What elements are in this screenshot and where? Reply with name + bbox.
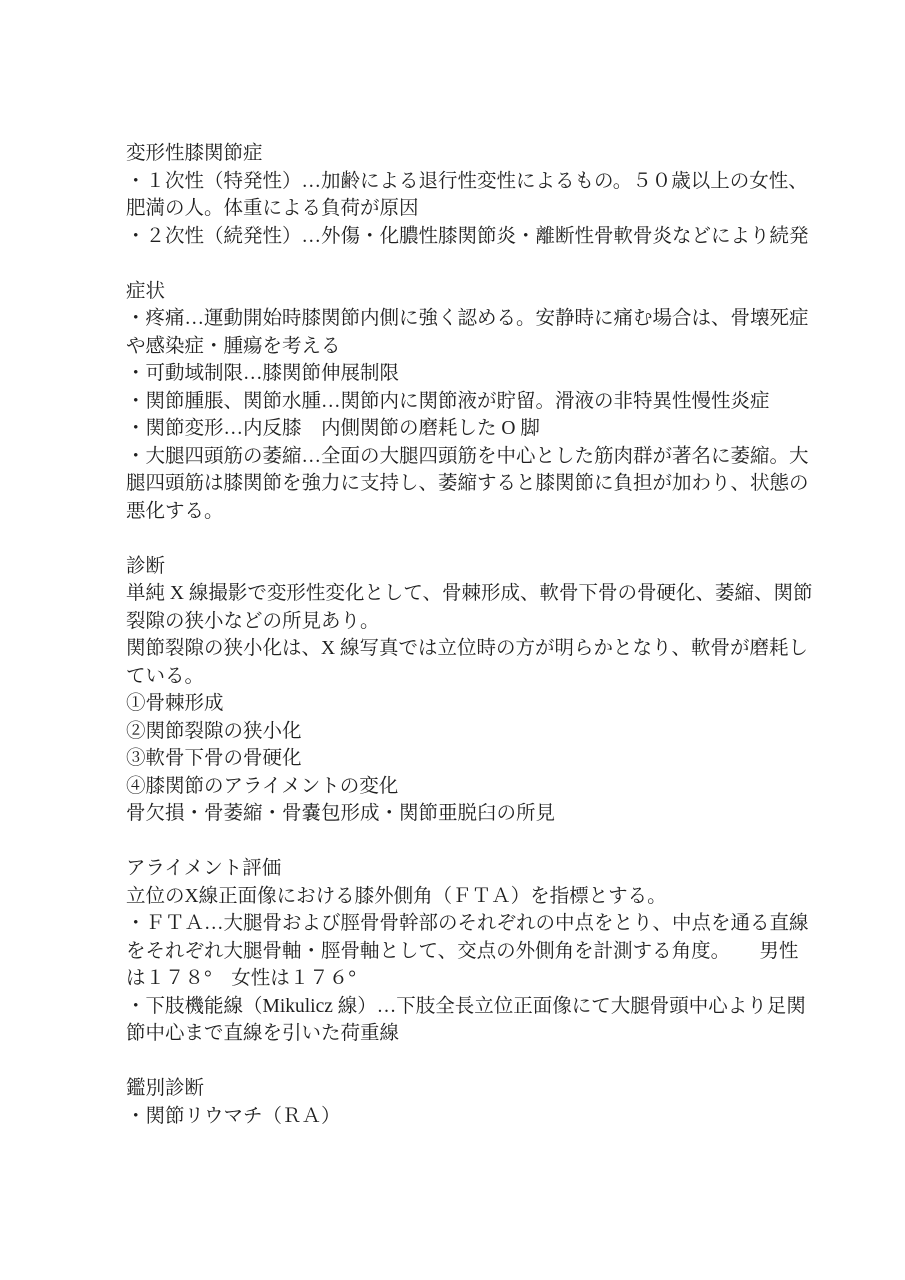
text-line: ・２次性（続発性）…外傷・化膿性膝関節炎・離断性骨軟骨炎などにより続発 xyxy=(126,223,826,251)
list-item-3: ③軟骨下骨の骨硬化 xyxy=(126,745,826,773)
section-heading: アライメント評価 xyxy=(126,855,826,883)
text-line: 裂隙の狭小などの所見あり。 xyxy=(126,608,826,636)
list-item-1: ①骨棘形成 xyxy=(126,690,826,718)
text-line: ・関節腫脹、関節水腫…関節内に関節液が貯留。滑液の非特異性慢性炎症 xyxy=(126,388,826,416)
section-heading: 鑑別診断 xyxy=(126,1075,826,1103)
text-line: 骨欠損・骨萎縮・骨嚢包形成・関節亜脱臼の所見 xyxy=(126,800,826,828)
text-line: ・疼痛…運動開始時膝関節内側に強く認める。安静時に痛む場合は、骨壊死症 xyxy=(126,305,826,333)
list-item-2: ②関節裂隙の狭小化 xyxy=(126,718,826,746)
section-heading: 診断 xyxy=(126,553,826,581)
text-line: ・１次性（特発性）…加齢による退行性変性によるもの。５０歳以上の女性、 xyxy=(126,168,826,196)
section-overview: 変形性膝関節症 ・１次性（特発性）…加齢による退行性変性によるもの。５０歳以上の… xyxy=(126,140,826,250)
text-line: 腿四頭筋は膝関節を強力に支持し、萎縮すると膝関節に負担が加わり、状態の xyxy=(126,470,826,498)
text-line: をそれぞれ大腿骨軸・脛骨軸として、交点の外側角を計測する角度。 男性 xyxy=(126,938,826,966)
section-symptoms: 症状 ・疼痛…運動開始時膝関節内側に強く認める。安静時に痛む場合は、骨壊死症 や… xyxy=(126,278,826,526)
section-differential-diagnosis: 鑑別診断 ・関節リウマチ（ＲＡ） xyxy=(126,1075,826,1130)
text-line: ・大腿四頭筋の萎縮…全面の大腿四頭筋を中心とした筋肉群が著名に萎縮。大 xyxy=(126,443,826,471)
text-line: は１７８° 女性は１７６° xyxy=(126,965,826,993)
text-line: ている。 xyxy=(126,663,826,691)
section-alignment-evaluation: アライメント評価 立位のX線正面像における膝外側角（ＦＴＡ）を指標とする。 ・Ｆ… xyxy=(126,855,826,1048)
text-line: 立位のX線正面像における膝外側角（ＦＴＡ）を指標とする。 xyxy=(126,883,826,911)
section-heading: 症状 xyxy=(126,278,826,306)
document-page: 変形性膝関節症 ・１次性（特発性）…加齢による退行性変性によるもの。５０歳以上の… xyxy=(126,140,826,1130)
text-line: ・関節変形…内反膝 内側関節の磨耗した O 脚 xyxy=(126,415,826,443)
text-line: ・関節リウマチ（ＲＡ） xyxy=(126,1103,826,1131)
text-line: 関節裂隙の狭小化は、X 線写真では立位時の方が明らかとなり、軟骨が磨耗し xyxy=(126,635,826,663)
text-line: 節中心まで直線を引いた荷重線 xyxy=(126,1020,826,1048)
text-line: ・ＦＴＡ…大腿骨および脛骨骨幹部のそれぞれの中点をとり、中点を通る直線 xyxy=(126,910,826,938)
text-line: 単純 X 線撮影で変形性変化として、骨棘形成、軟骨下骨の骨硬化、萎縮、関節 xyxy=(126,580,826,608)
text-line: 悪化する。 xyxy=(126,498,826,526)
text-line: ・下肢機能線（Mikulicz 線）…下肢全長立位正面像にて大腿骨頭中心より足関 xyxy=(126,993,826,1021)
text-line: 肥満の人。体重による負荷が原因 xyxy=(126,195,826,223)
text-line: ・可動域制限…膝関節伸展制限 xyxy=(126,360,826,388)
section-diagnosis: 診断 単純 X 線撮影で変形性変化として、骨棘形成、軟骨下骨の骨硬化、萎縮、関節… xyxy=(126,553,826,828)
list-item-4: ④膝関節のアライメントの変化 xyxy=(126,773,826,801)
text-line: や感染症・腫瘍を考える xyxy=(126,333,826,361)
doc-title: 変形性膝関節症 xyxy=(126,140,826,168)
